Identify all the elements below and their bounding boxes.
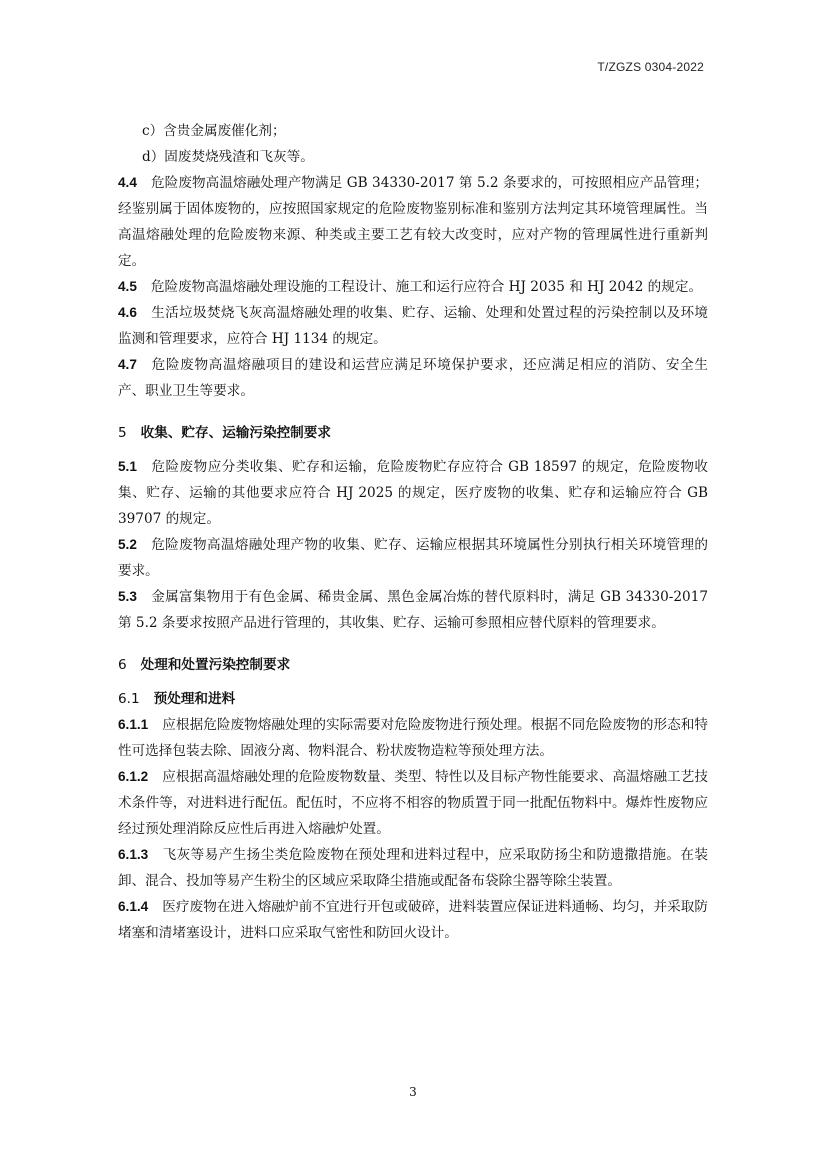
- clause-text: 危险废物高温熔融处理设施的工程设计、施工和运行应符合 HJ 2035 和 HJ …: [151, 279, 702, 295]
- clause-number: 4.7: [118, 357, 137, 372]
- clause-number: 5.3: [118, 589, 137, 604]
- clause-text: 危险废物高温熔融项目的建设和运营应满足环境保护要求，还应满足相应的消防、安全生产…: [118, 357, 708, 399]
- standard-code: T/ZGZS 0304-2022: [597, 60, 704, 74]
- subsection-number: 6.1: [118, 691, 140, 707]
- document-body: c）含贵金属废催化剂； d）固废焚烧残渣和飞灰等。 4.4危险废物高温熔融处理产…: [118, 118, 708, 946]
- clause-4-5: 4.5危险废物高温熔融处理设施的工程设计、施工和运行应符合 HJ 2035 和 …: [118, 274, 708, 300]
- clause-text: 飞灰等易产生扬尘类危险废物在预处理和进料过程中，应采取防扬尘和防遗撒措施。在装卸…: [118, 847, 708, 889]
- clause-number: 6.1.3: [118, 847, 148, 862]
- clause-text: 危险废物高温熔融处理产物的收集、贮存、运输应根据其环境属性分别执行相关环境管理的…: [118, 537, 708, 579]
- clause-number: 5.1: [118, 459, 137, 474]
- section-title: 收集、贮存、运输污染控制要求: [141, 425, 331, 441]
- clause-text: 医疗废物在进入熔融炉前不宜进行开包或破碎，进料装置应保证进料通畅、均匀，并采取防…: [118, 899, 708, 941]
- list-item-text: 固废焚烧残渣和飞灰等。: [164, 149, 314, 165]
- clause-number: 4.6: [118, 305, 137, 320]
- list-item-d: d）固废焚烧残渣和飞灰等。: [118, 144, 708, 170]
- clause-5-1: 5.1危险废物应分类收集、贮存和运输，危险废物贮存应符合 GB 18597 的规…: [118, 454, 708, 532]
- clause-6-1-2: 6.1.2应根据高温熔融处理的危险废物数量、类型、特性以及目标产物性能要求、高温…: [118, 764, 708, 842]
- clause-number: 4.5: [118, 279, 137, 294]
- clause-number: 5.2: [118, 537, 137, 552]
- list-item-text: 含贵金属废催化剂；: [163, 123, 285, 139]
- subsection-title: 预处理和进料: [154, 691, 236, 707]
- clause-6-1-4: 6.1.4医疗废物在进入熔融炉前不宜进行开包或破碎，进料装置应保证进料通畅、均匀…: [118, 894, 708, 946]
- section-5-heading: 5收集、贮存、运输污染控制要求: [118, 420, 708, 446]
- clause-6-1-1: 6.1.1应根据危险废物熔融处理的实际需要对危险废物进行预处理。根据不同危险废物…: [118, 712, 708, 764]
- clause-text: 应根据危险废物熔融处理的实际需要对危险废物进行预处理。根据不同危险废物的形态和特…: [118, 717, 708, 759]
- clause-number: 6.1.1: [118, 717, 148, 732]
- section-number: 5: [118, 425, 127, 441]
- list-item-c: c）含贵金属废催化剂；: [118, 118, 708, 144]
- clause-5-3: 5.3金属富集物用于有色金属、稀贵金属、黑色金属冶炼的替代原料时，满足 GB 3…: [118, 584, 708, 636]
- section-6-heading: 6处理和处置污染控制要求: [118, 652, 708, 678]
- clause-4-6: 4.6生活垃圾焚烧飞灰高温熔融处理的收集、贮存、运输、处理和处置过程的污染控制以…: [118, 300, 708, 352]
- clause-5-2: 5.2危险废物高温熔融处理产物的收集、贮存、运输应根据其环境属性分别执行相关环境…: [118, 532, 708, 584]
- clause-4-4: 4.4危险废物高温熔融处理产物满足 GB 34330-2017 第 5.2 条要…: [118, 170, 708, 274]
- clause-text: 生活垃圾焚烧飞灰高温熔融处理的收集、贮存、运输、处理和处置过程的污染控制以及环境…: [118, 305, 708, 347]
- section-title: 处理和处置污染控制要求: [141, 657, 291, 673]
- clause-text: 金属富集物用于有色金属、稀贵金属、黑色金属冶炼的替代原料时，满足 GB 3433…: [118, 589, 708, 631]
- clause-number: 6.1.2: [118, 769, 148, 784]
- clause-text: 危险废物高温熔融处理产物满足 GB 34330-2017 第 5.2 条要求的，…: [118, 175, 708, 269]
- clause-4-7: 4.7危险废物高温熔融项目的建设和运营应满足环境保护要求，还应满足相应的消防、安…: [118, 352, 708, 404]
- list-item-label: c）: [142, 123, 163, 139]
- page-number: 3: [0, 1085, 826, 1099]
- clause-number: 6.1.4: [118, 899, 148, 914]
- clause-text: 危险废物应分类收集、贮存和运输，危险废物贮存应符合 GB 18597 的规定，危…: [118, 459, 708, 527]
- clause-6-1-3: 6.1.3飞灰等易产生扬尘类危险废物在预处理和进料过程中，应采取防扬尘和防遗撒措…: [118, 842, 708, 894]
- section-number: 6: [118, 657, 127, 673]
- clause-text: 应根据高温熔融处理的危险废物数量、类型、特性以及目标产物性能要求、高温熔融工艺技…: [118, 769, 708, 837]
- subsection-6-1-heading: 6.1预处理和进料: [118, 686, 708, 712]
- list-item-label: d）: [142, 149, 164, 165]
- clause-number: 4.4: [118, 175, 137, 190]
